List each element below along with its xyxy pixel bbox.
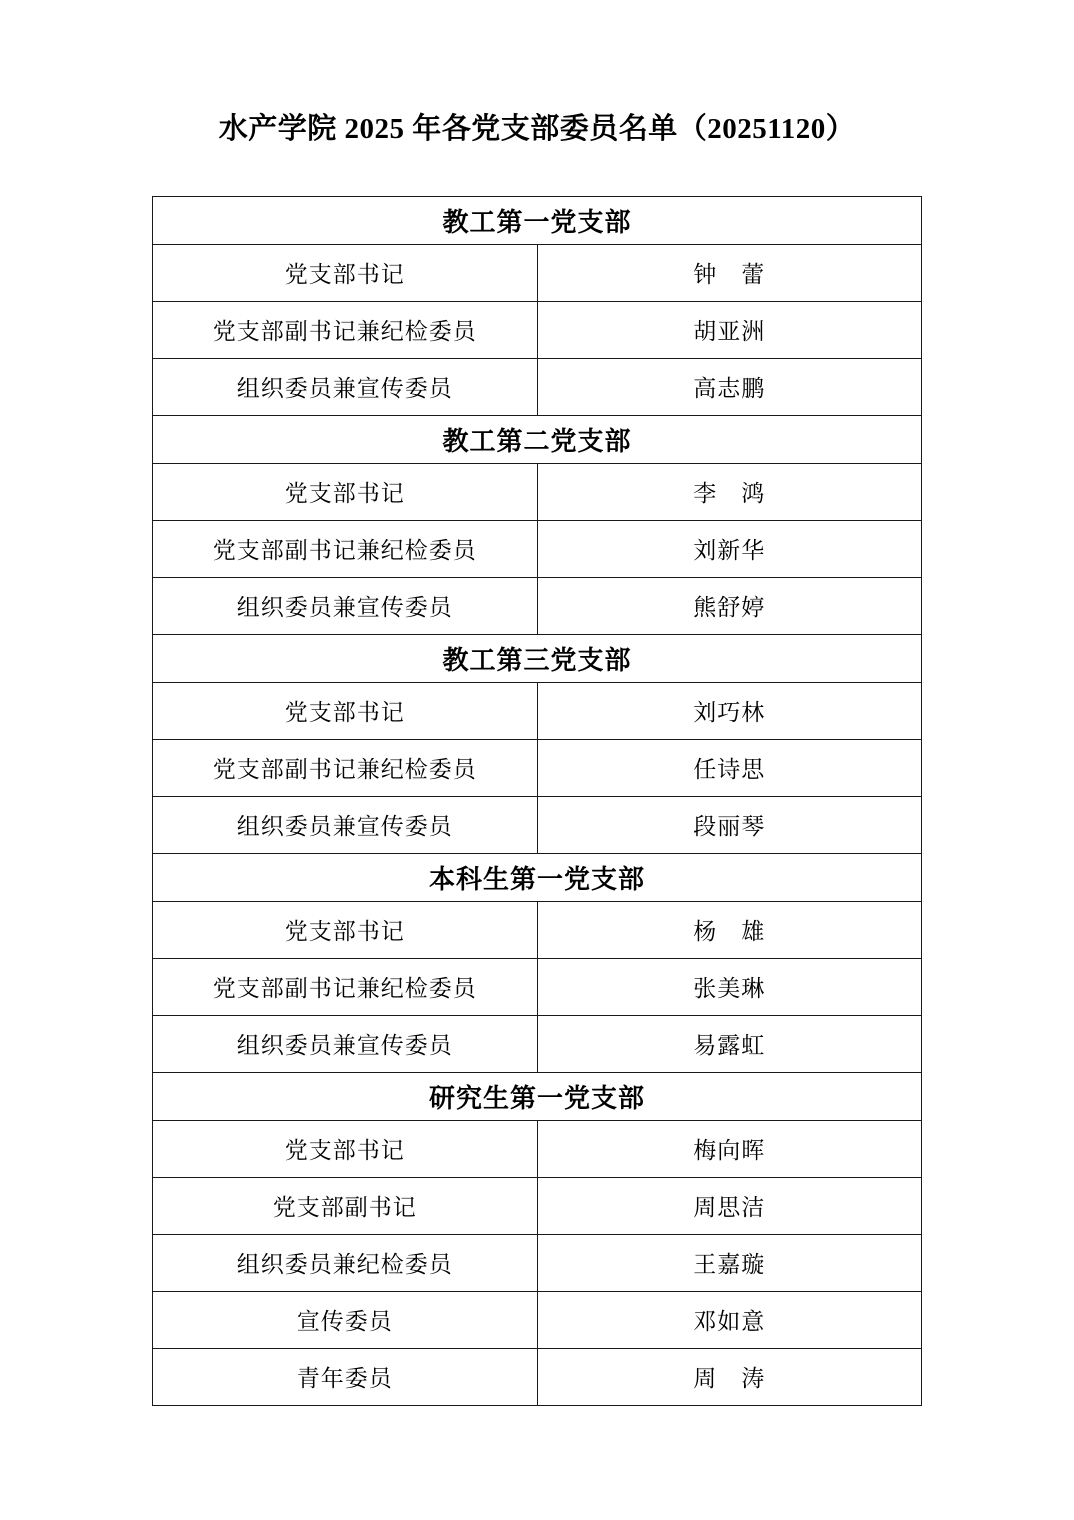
committee-table: 教工第一党支部党支部书记钟 蕾党支部副书记兼纪检委员胡亚洲组织委员兼宣传委员高志… xyxy=(152,196,922,1406)
table-row: 组织委员兼宣传委员易露虹 xyxy=(153,1015,922,1072)
table-row: 组织委员兼纪检委员王嘉璇 xyxy=(153,1234,922,1291)
name-cell: 高志鹏 xyxy=(537,358,922,415)
section-header: 研究生第一党支部 xyxy=(153,1072,922,1120)
role-cell: 组织委员兼宣传委员 xyxy=(153,1015,538,1072)
role-cell: 青年委员 xyxy=(153,1348,538,1405)
role-cell: 党支部副书记兼纪检委员 xyxy=(153,520,538,577)
table-row: 党支部副书记兼纪检委员张美琳 xyxy=(153,958,922,1015)
table-row: 党支部书记刘巧林 xyxy=(153,682,922,739)
name-cell: 胡亚洲 xyxy=(537,301,922,358)
name-cell: 易露虹 xyxy=(537,1015,922,1072)
role-cell: 组织委员兼宣传委员 xyxy=(153,358,538,415)
role-cell: 宣传委员 xyxy=(153,1291,538,1348)
table-row: 党支部书记李 鸿 xyxy=(153,463,922,520)
section-header-row: 教工第一党支部 xyxy=(153,196,922,244)
section-header-row: 本科生第一党支部 xyxy=(153,853,922,901)
table-row: 党支部书记钟 蕾 xyxy=(153,244,922,301)
document-page: 水产学院 2025 年各党支部委员名单（20251120） 教工第一党支部党支部… xyxy=(0,0,1074,1520)
name-cell: 熊舒婷 xyxy=(537,577,922,634)
name-cell: 王嘉璇 xyxy=(537,1234,922,1291)
role-cell: 组织委员兼纪检委员 xyxy=(153,1234,538,1291)
table-row: 党支部书记杨 雄 xyxy=(153,901,922,958)
role-cell: 党支部副书记兼纪检委员 xyxy=(153,958,538,1015)
section-header: 本科生第一党支部 xyxy=(153,853,922,901)
section-header: 教工第二党支部 xyxy=(153,415,922,463)
name-cell: 刘新华 xyxy=(537,520,922,577)
role-cell: 党支部书记 xyxy=(153,901,538,958)
table-row: 组织委员兼宣传委员段丽琴 xyxy=(153,796,922,853)
section-header: 教工第三党支部 xyxy=(153,634,922,682)
role-cell: 党支部副书记兼纪检委员 xyxy=(153,739,538,796)
role-cell: 党支部副书记兼纪检委员 xyxy=(153,301,538,358)
name-cell: 邓如意 xyxy=(537,1291,922,1348)
role-cell: 党支部副书记 xyxy=(153,1177,538,1234)
table-row: 党支部副书记兼纪检委员任诗思 xyxy=(153,739,922,796)
name-cell: 李 鸿 xyxy=(537,463,922,520)
name-cell: 张美琳 xyxy=(537,958,922,1015)
role-cell: 党支部书记 xyxy=(153,463,538,520)
table-row: 组织委员兼宣传委员高志鹏 xyxy=(153,358,922,415)
name-cell: 周 涛 xyxy=(537,1348,922,1405)
role-cell: 党支部书记 xyxy=(153,244,538,301)
section-header: 教工第一党支部 xyxy=(153,196,922,244)
table-row: 党支部副书记兼纪检委员刘新华 xyxy=(153,520,922,577)
role-cell: 党支部书记 xyxy=(153,1120,538,1177)
name-cell: 杨 雄 xyxy=(537,901,922,958)
name-cell: 任诗思 xyxy=(537,739,922,796)
table-row: 党支部副书记周思洁 xyxy=(153,1177,922,1234)
table-row: 组织委员兼宣传委员熊舒婷 xyxy=(153,577,922,634)
table-row: 青年委员周 涛 xyxy=(153,1348,922,1405)
table-row: 宣传委员邓如意 xyxy=(153,1291,922,1348)
section-header-row: 教工第三党支部 xyxy=(153,634,922,682)
name-cell: 梅向晖 xyxy=(537,1120,922,1177)
table-row: 党支部书记梅向晖 xyxy=(153,1120,922,1177)
name-cell: 钟 蕾 xyxy=(537,244,922,301)
table-row: 党支部副书记兼纪检委员胡亚洲 xyxy=(153,301,922,358)
section-header-row: 教工第二党支部 xyxy=(153,415,922,463)
page-title: 水产学院 2025 年各党支部委员名单（20251120） xyxy=(0,112,1074,147)
name-cell: 段丽琴 xyxy=(537,796,922,853)
role-cell: 组织委员兼宣传委员 xyxy=(153,796,538,853)
role-cell: 党支部书记 xyxy=(153,682,538,739)
name-cell: 周思洁 xyxy=(537,1177,922,1234)
role-cell: 组织委员兼宣传委员 xyxy=(153,577,538,634)
section-header-row: 研究生第一党支部 xyxy=(153,1072,922,1120)
committee-table-body: 教工第一党支部党支部书记钟 蕾党支部副书记兼纪检委员胡亚洲组织委员兼宣传委员高志… xyxy=(153,196,922,1405)
name-cell: 刘巧林 xyxy=(537,682,922,739)
